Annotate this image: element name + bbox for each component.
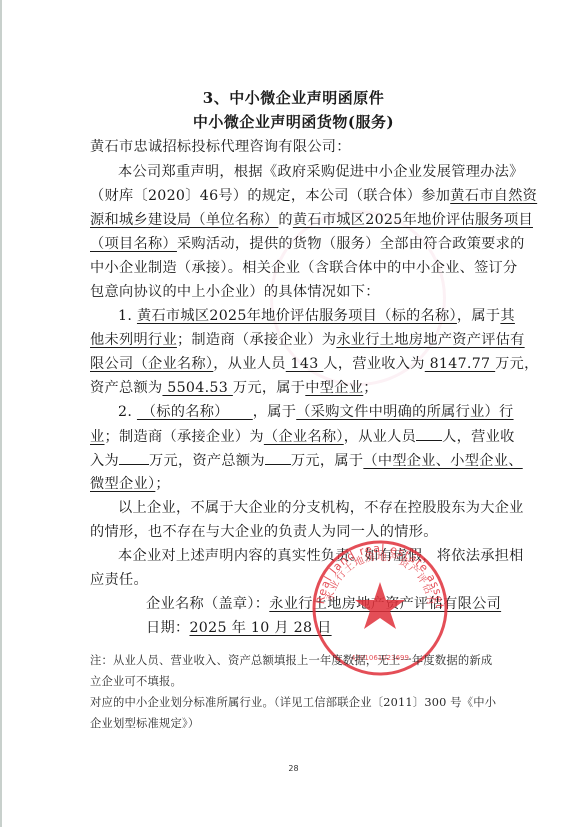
item1-text: ，属于 <box>457 308 500 324</box>
item1-assets: 5504.53 <box>162 380 232 396</box>
document-subheading: 中小微企业声明函货物(服务) <box>0 111 587 132</box>
item1-text: ； <box>363 380 378 396</box>
date-label: 日期： <box>146 620 189 636</box>
para1-line4-text: 采购活动，提供的货物（服务）全部由符合政策要求的 <box>177 236 525 252</box>
item1-line4: 资产总额为 5504.53 万元，属于中型企业； <box>90 378 378 398</box>
para3-line2: 应责任。 <box>90 570 148 590</box>
para2-line2: 的情形，也不存在与大企业的负责人为同一人的情形。 <box>90 522 438 542</box>
item1-company-part1: 永业行土地房地产资产评估有 <box>336 332 524 348</box>
item2-revenue-blank <box>119 450 149 465</box>
para1-line1: 本公司郑重声明，根据《政府采购促进中小企业发展管理办法》 <box>118 162 524 182</box>
item2-text: ；制造商（承接企业）为 <box>105 429 264 445</box>
item1-size: 中型企业 <box>305 380 363 396</box>
connector-text: 的 <box>278 212 293 228</box>
item2-text: ； <box>155 476 170 492</box>
para2-line1: 以上企业，不属于大企业的分支机构，不存在控股股东为大企业 <box>118 498 524 518</box>
item1-industry-part2: 他未列明行业 <box>90 332 177 348</box>
item2-subject: （标的名称） <box>137 404 253 420</box>
note-line2: 立企业可不填报。 <box>90 673 182 689</box>
item2-text: 万元，属于 <box>291 453 363 469</box>
addressee: 黄石市忠诚招标投标代理咨询有限公司： <box>90 137 351 157</box>
item1-text: 万元，属于 <box>233 380 305 396</box>
signature-company-line: 企业名称（盖章）：永业行土地房地产资产评估有限公司 <box>146 594 501 614</box>
item2-assets-blank <box>265 450 291 465</box>
item2-number: 2. <box>118 404 132 420</box>
item1-text: ；制造商（承接企业）为 <box>177 332 336 348</box>
item1-line2: 他未列明行业；制造商（承接企业）为永业行土地房地产资产评估有 <box>90 330 525 350</box>
document-heading: 3、中小微企业声明函原件 <box>0 87 587 108</box>
item2-text: 人，营业收 <box>442 429 514 445</box>
item2-text: ，属于 <box>253 404 296 420</box>
purchaser-name-part2: 源和城乡建设局（单位名称） <box>90 212 278 228</box>
item2-industry-part2: 业 <box>90 429 105 445</box>
date-value: 2025 年 10 月 28 日 <box>189 620 331 636</box>
para1-line4: （项目名称）采购活动，提供的货物（服务）全部由符合政策要求的 <box>90 234 525 254</box>
para1-line2-text: （财库〔2020〕46号）的规定，本公司（联合体）参加 <box>90 188 450 204</box>
item1-number: 1. <box>118 308 132 324</box>
item2-size-options-part1: （中型企业、小型企业、 <box>363 453 522 469</box>
note-line4: 企业划型标准规定》） <box>90 715 199 731</box>
signature-date-line: 日期：2025 年 10 月 28 日 <box>146 618 332 638</box>
company-label: 企业名称（盖章）： <box>146 596 269 612</box>
item2-size-options-part2: 微型企业） <box>90 476 155 492</box>
note-line1: 注：从业人员、营业收入、资产总额填报上一年度数据，无上一年度数据的新成 <box>90 652 492 668</box>
document-page: 3、中小微企业声明函原件 中小微企业声明函货物(服务) 黄石市忠诚招标投标代理咨… <box>0 0 587 827</box>
item2-line2: 业；制造商（承接企业）为（企业名称），从业人员人，营业收 <box>90 426 515 447</box>
item2-industry-part1: （采购文件中明确的所属行业）行 <box>296 404 513 420</box>
company-name: 永业行土地房地产资产评估有限公司 <box>269 596 501 612</box>
project-name: 黄石市城区2025年地价评估服务项目 <box>293 212 533 228</box>
project-name-label: （项目名称） <box>90 236 177 252</box>
item2-text: ，从业人员 <box>344 429 416 445</box>
item1-revenue: 8147.77 <box>425 356 495 372</box>
item1-text: 资产总额为 <box>90 380 162 396</box>
item1-subject: 黄石市城区2025年地价评估服务项目（标的名称） <box>137 308 457 324</box>
item1-company-part2: 限公司（企业名称） <box>90 356 213 372</box>
para1-line3: 源和城乡建设局（单位名称）的黄石市城区2025年地价评估服务项目 <box>90 210 533 230</box>
item2-line1: 2. （标的名称） ，属于（采购文件中明确的所属行业）行 <box>118 402 514 422</box>
item1-line3: 限公司（企业名称），从业人员 143 人，营业收入为 8147.77 万元， <box>90 354 539 374</box>
para1-line2: （财库〔2020〕46号）的规定，本公司（联合体）参加黄石市自然资 <box>90 186 537 206</box>
item1-line1: 1. 黄石市城区2025年地价评估服务项目（标的名称），属于其 <box>118 306 515 326</box>
item2-text: 万元，资产总额为 <box>149 453 265 469</box>
item2-employees-blank <box>416 426 442 441</box>
item2-company: （企业名称） <box>264 429 344 445</box>
para1-line6: 包意向协议的中上小企业）的具体情况如下： <box>90 282 380 302</box>
para3-line1: 本企业对上述声明内容的真实性负责。如有虚假，将依法承担相 <box>118 546 524 566</box>
item1-employees: 143 <box>286 356 324 372</box>
item2-text: 入为 <box>90 453 119 469</box>
para1-line5: 中小企业制造（承接）。相关企业（含联合体中的中小企业、签订分 <box>90 258 518 278</box>
page-number: 28 <box>0 764 587 773</box>
item1-industry-part1: 其 <box>500 308 515 324</box>
item2-line3: 入为万元，资产总额为万元，属于（中型企业、小型企业、 <box>90 450 523 471</box>
purchaser-name-part1: 黄石市自然资 <box>450 188 537 204</box>
item1-text: 人，营业收入为 <box>323 356 424 372</box>
item2-line4: 微型企业）； <box>90 474 170 494</box>
item1-text: ，从业人员 <box>213 356 285 372</box>
note-line3: 对应的中小企业划分标准所属行业。（详见工信部联企业〔2011〕300 号《中小 <box>90 694 496 710</box>
item1-text: 万元， <box>495 356 538 372</box>
